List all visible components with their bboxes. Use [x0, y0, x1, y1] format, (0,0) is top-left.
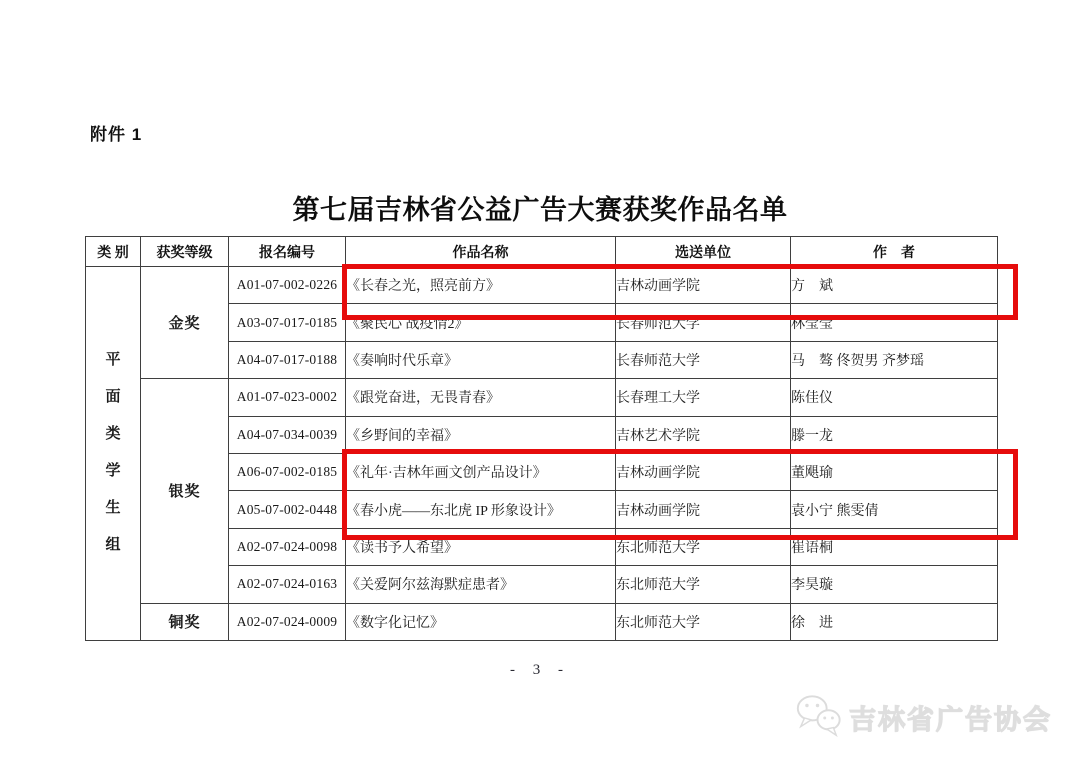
category-cell: 平 面 类 学 生 组: [86, 267, 141, 641]
submitting-unit: 长春师范大学: [616, 341, 791, 378]
header-entry-id: 报名编号: [229, 237, 346, 267]
submitting-unit: 长春理工大学: [616, 379, 791, 416]
author: 袁小宁 熊雯倩: [791, 491, 998, 528]
table-row: 银奖 A01-07-023-0002 《跟党奋进，无畏青春》 长春理工大学 陈佳…: [86, 379, 998, 416]
entry-id: A03-07-017-0185: [229, 304, 346, 341]
submitting-unit: 吉林艺术学院: [616, 416, 791, 453]
author: 方 斌: [791, 267, 998, 304]
entry-id: A01-07-002-0226: [229, 267, 346, 304]
table-row: 平 面 类 学 生 组 金奖 A01-07-002-0226 《长春之光，照亮前…: [86, 267, 998, 304]
work-title: 《长春之光，照亮前方》: [346, 267, 616, 304]
work-title: 《乡野间的幸福》: [346, 416, 616, 453]
entry-id: A01-07-023-0002: [229, 379, 346, 416]
submitting-unit: 东北师范大学: [616, 603, 791, 640]
submitting-unit: 东北师范大学: [616, 566, 791, 603]
header-work-title: 作品名称: [346, 237, 616, 267]
attachment-label: 附件 1: [90, 120, 142, 145]
entry-id: A04-07-034-0039: [229, 416, 346, 453]
page-number: - 3 -: [0, 662, 1080, 679]
entry-id: A06-07-002-0185: [229, 453, 346, 490]
table-header-row: 类 别 获奖等级 报名编号 作品名称 选送单位 作 者: [86, 237, 998, 267]
document-page: 附件 1 第七届吉林省公益广告大赛获奖作品名单 类 别 获奖等级 报名编号 作品…: [0, 0, 1080, 764]
author: 董飓瑜: [791, 453, 998, 490]
table-row: 铜奖 A02-07-024-0009 《数字化记忆》 东北师范大学 徐 进: [86, 603, 998, 640]
work-title: 《春小虎——东北虎 IP 形象设计》: [346, 491, 616, 528]
entry-id: A02-07-024-0098: [229, 528, 346, 565]
submitting-unit: 吉林动画学院: [616, 267, 791, 304]
author: 马 骜 佟贺男 齐梦瑶: [791, 341, 998, 378]
author: 陈佳仪: [791, 379, 998, 416]
work-title: 《跟党奋进，无畏青春》: [346, 379, 616, 416]
work-title: 《礼年·吉林年画文创产品设计》: [346, 453, 616, 490]
author: 滕一龙: [791, 416, 998, 453]
entry-id: A02-07-024-0009: [229, 603, 346, 640]
header-author: 作 者: [791, 237, 998, 267]
author: 崔语桐: [791, 528, 998, 565]
submitting-unit: 长春师范大学: [616, 304, 791, 341]
wechat-icon: [793, 692, 843, 742]
work-title: 《读书予人希望》: [346, 528, 616, 565]
award-level-gold: 金奖: [141, 267, 229, 379]
entry-id: A02-07-024-0163: [229, 566, 346, 603]
header-category: 类 别: [86, 237, 141, 267]
author: 林莹莹: [791, 304, 998, 341]
award-level-bronze: 铜奖: [141, 603, 229, 640]
submitting-unit: 东北师范大学: [616, 528, 791, 565]
award-level-silver: 银奖: [141, 379, 229, 603]
work-title: 《数字化记忆》: [346, 603, 616, 640]
page-title: 第七届吉林省公益广告大赛获奖作品名单: [0, 188, 1080, 227]
watermark: 吉林省广告协会: [793, 692, 1052, 742]
author: 李昊璇: [791, 566, 998, 603]
author: 徐 进: [791, 603, 998, 640]
work-title: 《关爱阿尔兹海默症患者》: [346, 566, 616, 603]
award-table: 类 别 获奖等级 报名编号 作品名称 选送单位 作 者 平 面 类 学 生 组 …: [85, 236, 998, 641]
work-title: 《聚民心 战疫情2》: [346, 304, 616, 341]
entry-id: A04-07-017-0188: [229, 341, 346, 378]
submitting-unit: 吉林动画学院: [616, 491, 791, 528]
watermark-text: 吉林省广告协会: [849, 698, 1052, 737]
header-award-level: 获奖等级: [141, 237, 229, 267]
submitting-unit: 吉林动画学院: [616, 453, 791, 490]
entry-id: A05-07-002-0448: [229, 491, 346, 528]
header-submitting-unit: 选送单位: [616, 237, 791, 267]
work-title: 《奏响时代乐章》: [346, 341, 616, 378]
